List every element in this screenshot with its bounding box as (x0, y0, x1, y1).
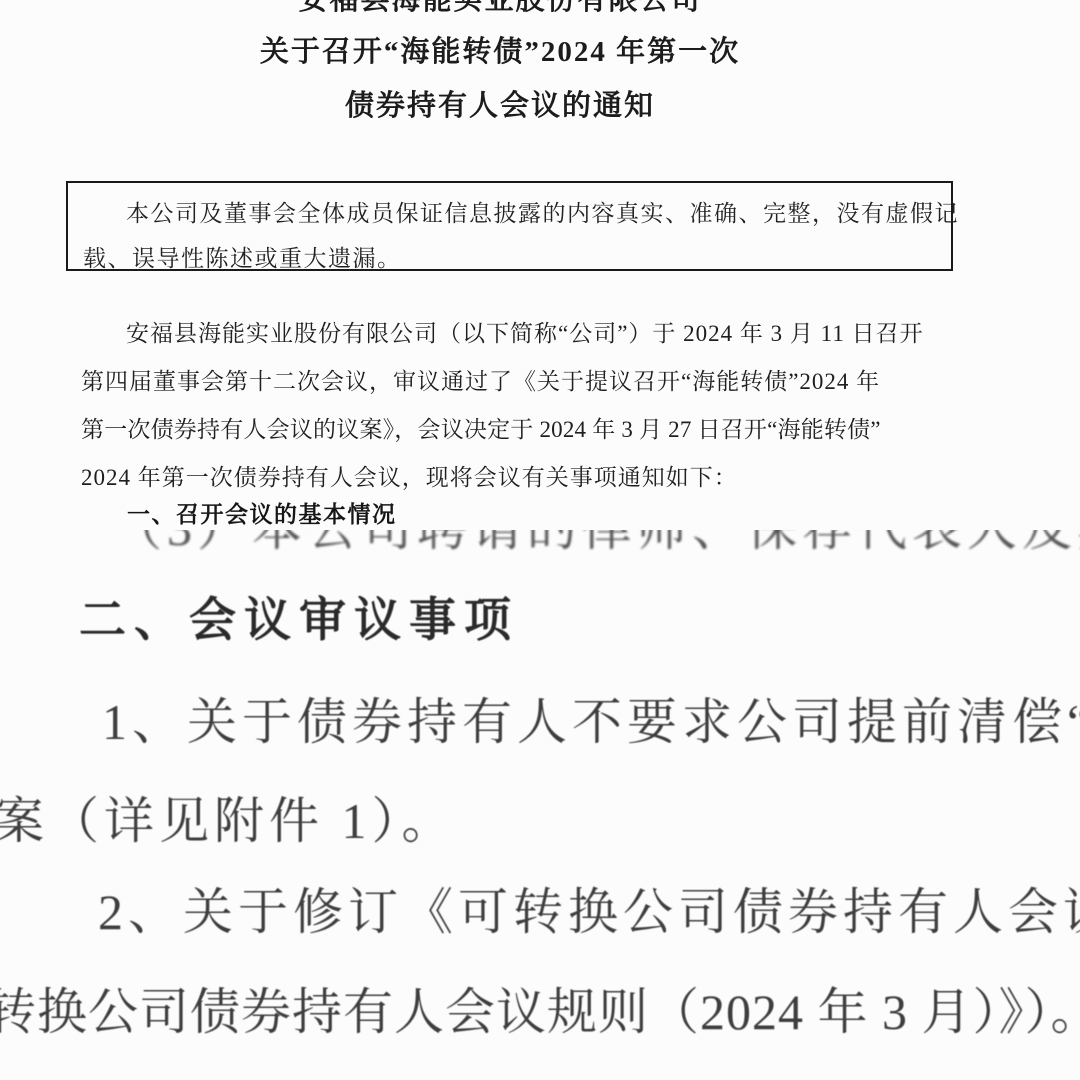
body-paragraph-line-3: 第一次债券持有人会议的议案》，会议决定于 2024 年 3 月 27 日召开“海… (81, 418, 881, 441)
disclaimer-text-line-1: 本公司及董事会全体成员保证信息披露的内容真实、准确、完整，没有虚假记 (126, 195, 959, 228)
agenda-item-1-line-2: 案（详见附件 1）。 (0, 796, 457, 846)
notice-title-line-2: 债券持有人会议的通知 (0, 92, 1000, 121)
agenda-item-1-line-1: 1、关于债券持有人不要求公司提前清偿“海能 (102, 697, 1080, 747)
disclaimer-box: 本公司及董事会全体成员保证信息披露的内容真实、准确、完整，没有虚假记 载、误导性… (66, 181, 953, 271)
body-paragraph-line-1: 安福县海能实业股份有限公司（以下简称“公司”）于 2024 年 3 月 11 日… (126, 322, 924, 345)
company-title: 安福县海能实业股份有限公司 (0, 0, 1000, 15)
section-two-heading: 二、会议审议事项 (79, 598, 519, 645)
magnified-clipped-line-strip: （3）本公司聘请的律师、保荐代表人及其他相关 (0, 530, 1080, 567)
body-paragraph-line-4: 2024 年第一次债券持有人会议，现将会议有关事项通知如下： (81, 466, 738, 489)
agenda-item-2-line-1: 2、关于修订《可转换公司债券持有人会议规则 (98, 887, 1080, 937)
announcement-page: { "document": { "company_title": "安福县海能实… (0, 0, 1080, 1080)
agenda-item-2-line-2: 转换公司债券持有人会议规则（2024 年 3 月）》）。 (0, 987, 1080, 1037)
disclaimer-text-line-2: 载、误导性陈述或重大遗漏。 (83, 240, 402, 273)
notice-title-line-1: 关于召开“海能转债”2024 年第一次 (0, 38, 1000, 67)
magnified-clipped-line: （3）本公司聘请的律师、保荐代表人及其他相关 (112, 530, 1080, 553)
section-one-heading: 一、召开会议的基本情况 (127, 503, 397, 526)
body-paragraph-line-2: 第四届董事会第十二次会议，审议通过了《关于提议召开“海能转债”2024 年 (81, 370, 880, 393)
